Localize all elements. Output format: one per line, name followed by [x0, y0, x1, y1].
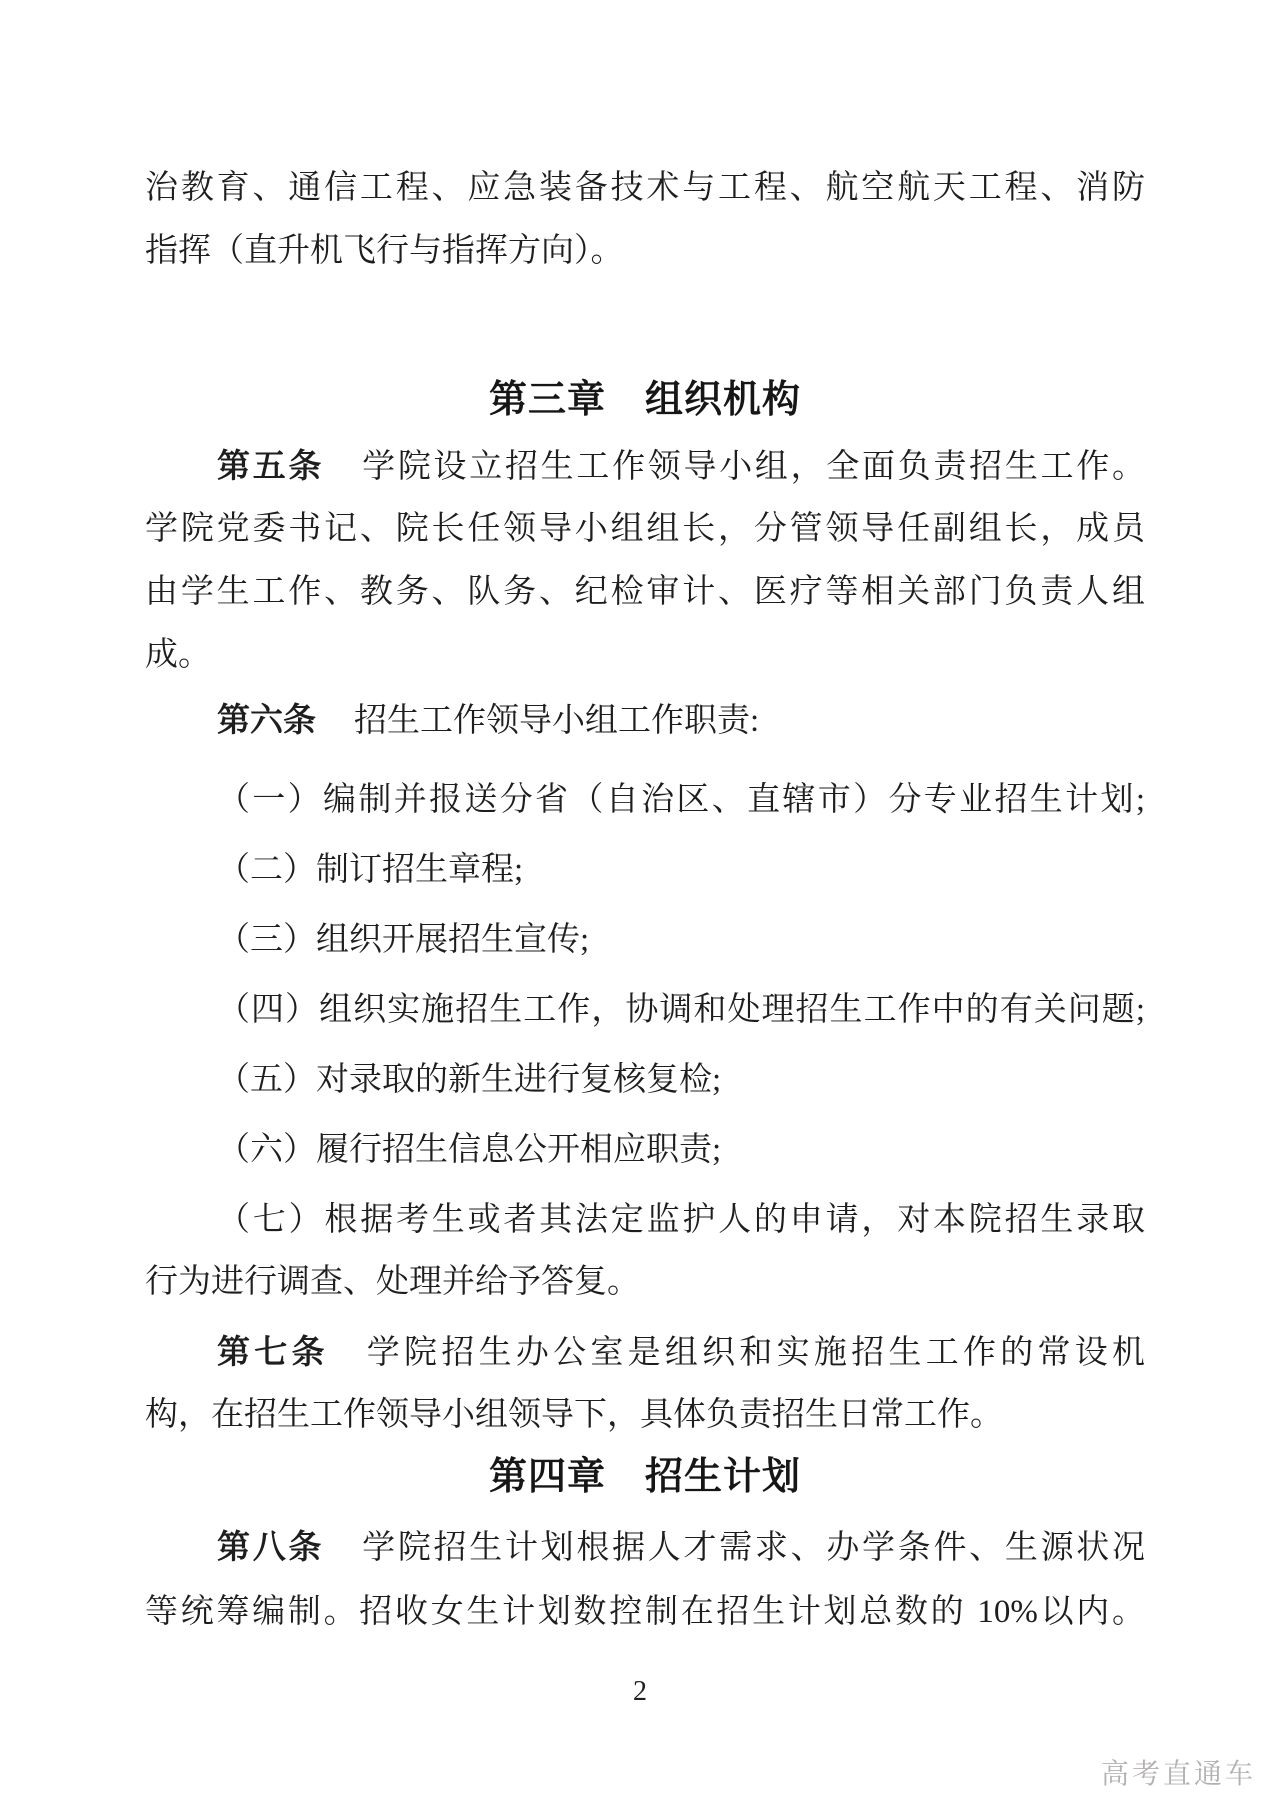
document-line-text: 学院设立招生工作领导小组，全面负责招生工作。	[362, 449, 1145, 485]
article-number: 第七条	[217, 1333, 329, 1370]
document-line: 由学生工作、教务、队务、纪检审计、医疗等相关部门负责人组	[145, 570, 1145, 614]
watermark-text: 高考直通车	[1101, 1752, 1256, 1792]
document-line: 第五条学院设立招生工作领导小组，全面负责招生工作。	[145, 444, 1145, 489]
chapter-heading: 第四章 招生计划	[145, 1455, 1145, 1499]
document-line: 成。	[145, 633, 1145, 677]
list-item: （二）制订招生章程;	[145, 848, 1145, 892]
list-item: （四）组织实施招生工作，协调和处理招生工作中的有关问题;	[145, 988, 1145, 1032]
article-number: 第六条	[217, 701, 316, 738]
document-line: 治教育、通信工程、应急装备技术与工程、航空航天工程、消防	[145, 166, 1145, 210]
chapter-heading: 第三章 组织机构	[145, 378, 1145, 422]
document-line: 第七条学院招生办公室是组织和实施招生工作的常设机	[145, 1330, 1145, 1375]
list-item: （五）对录取的新生进行复核复检;	[145, 1058, 1145, 1102]
document-line-text: 学院招生办公室是组织和实施招生工作的常设机	[367, 1335, 1145, 1371]
document-page: 治教育、通信工程、应急装备技术与工程、航空航天工程、消防 指挥（直升机飞行与指挥…	[0, 0, 1280, 1810]
document-line: 学院党委书记、院长任领导小组组长，分管领导任副组长，成员	[145, 507, 1145, 551]
list-item: （七）根据考生或者其法定监护人的申请，对本院招生录取	[145, 1198, 1145, 1242]
list-item: （三）组织开展招生宣传;	[145, 918, 1145, 962]
document-line: 等统筹编制。招收女生计划数控制在招生计划总数的 10%以内。	[145, 1590, 1145, 1634]
document-line: 第八条学院招生计划根据人才需求、办学条件、生源状况	[145, 1525, 1145, 1570]
document-line-text: 学院招生计划根据人才需求、办学条件、生源状况	[362, 1530, 1145, 1566]
page-number: 2	[0, 1676, 1280, 1708]
document-line: 指挥（直升机飞行与指挥方向）。	[145, 229, 1145, 273]
article-number: 第五条	[217, 447, 324, 484]
document-line: 行为进行调查、处理并给予答复。	[145, 1260, 1145, 1304]
list-item: （一）编制并报送分省（自治区、直辖市）分专业招生计划;	[145, 778, 1145, 822]
document-line: 构，在招生工作领导小组领导下，具体负责招生日常工作。	[145, 1393, 1145, 1437]
document-line: 第六条招生工作领导小组工作职责:	[145, 698, 1145, 743]
document-line-text: 招生工作领导小组工作职责:	[354, 703, 759, 739]
list-item: （六）履行招生信息公开相应职责;	[145, 1128, 1145, 1172]
article-number: 第八条	[217, 1528, 324, 1565]
